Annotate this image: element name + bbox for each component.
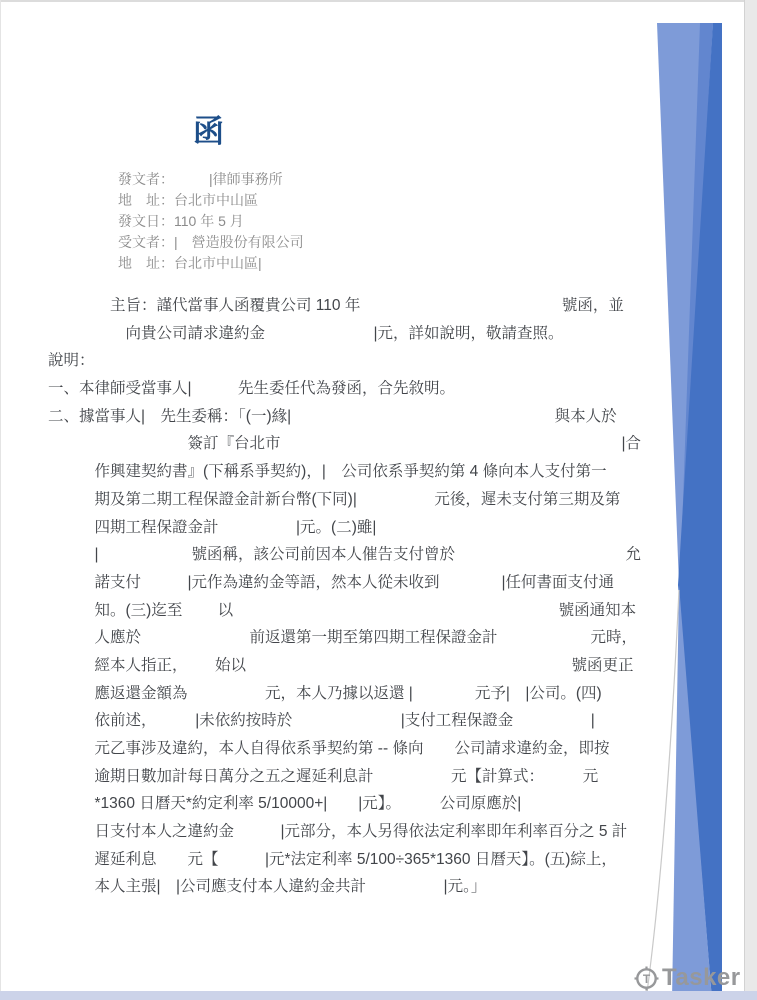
- text-line: 作興建契約書』(下稱系爭契約)，| 公司依系爭契約第 4 條向本人支付第一: [48, 458, 728, 486]
- text-line: *1360 日曆天*約定利率 5/10000+| |元】。 公司原應於|: [48, 790, 728, 818]
- text-line: 遲延利息 元【 |元*法定利率 5/100÷365*1360 日曆天】。(五)綜…: [48, 846, 728, 874]
- text-line: 簽訂『台北市 |合: [48, 430, 728, 458]
- text-line: 元乙事涉及違約，本人自得依系爭契約第 -- 條向 公司請求違約金，即按: [48, 735, 728, 763]
- letter-body: 主旨：謹代當事人函覆貴公司 110 年 號函，並 向貴公司請求違約金 |元，詳如…: [48, 292, 728, 901]
- text-line: 人應於 前返還第一期至第四期工程保證金計 元時，: [48, 624, 728, 652]
- text-line: 說明：: [48, 347, 728, 375]
- page-top-edge: [0, 0, 745, 2]
- text-line: 受文者：| 營造股份有限公司: [118, 232, 304, 253]
- tasker-logo-icon: T: [634, 966, 659, 991]
- text-line: | 號函稱，該公司前因本人催告支付曾於 允: [48, 541, 728, 569]
- text-line: 逾期日數加計每日萬分之五之遲延利息計 元【計算式： 元: [48, 763, 728, 791]
- svg-text:T: T: [643, 972, 651, 986]
- letter-meta-block: 發文者： |律師事務所地 址：台北市中山區發文日：110 年 5 月受文者：| …: [118, 169, 304, 274]
- text-line: 發文者： |律師事務所: [118, 169, 304, 190]
- text-line: 本人主張| |公司應支付本人違約金共計 |元。」: [48, 873, 728, 901]
- text-line: 知。(三)迄至 以 號函通知本: [48, 597, 728, 625]
- letter-title: 函: [193, 106, 225, 151]
- text-line: 發文日：110 年 5 月: [118, 211, 304, 232]
- right-gutter: [744, 0, 757, 1000]
- text-line: 諾支付 |元作為違約金等語，然本人從未收到 |任何書面支付通: [48, 569, 728, 597]
- text-line: 經本人指正， 始以 號函更正: [48, 652, 728, 680]
- text-line: 日支付本人之違約金 |元部分，本人另得依法定利率即年利率百分之 5 計: [48, 818, 728, 846]
- text-line: 地 址：台北市中山區: [118, 190, 304, 211]
- tasker-watermark: T Tasker: [634, 962, 741, 994]
- document-page: 函 發文者： |律師事務所地 址：台北市中山區發文日：110 年 5 月受文者：…: [0, 0, 757, 1000]
- text-line: 四期工程保證金計 |元。(二)雖|: [48, 514, 728, 542]
- text-line: 一、本律師受當事人| 先生委任代為發函，合先敘明。: [48, 375, 728, 403]
- text-line: 主旨：謹代當事人函覆貴公司 110 年 號函，並: [48, 292, 728, 320]
- text-line: 依前述， |未依約按時於 |支付工程保證金 |: [48, 707, 728, 735]
- tasker-watermark-text: Tasker: [662, 964, 741, 992]
- text-line: 二、據當事人| 先生委稱：「(一)緣| 與本人於: [48, 403, 728, 431]
- page-left-edge: [0, 0, 1, 992]
- text-line: 向貴公司請求違約金 |元，詳如說明，敬請查照。: [48, 320, 728, 348]
- text-line: 期及第二期工程保證金計新台幣(下同)| 元後，遲未支付第三期及第: [48, 486, 728, 514]
- text-line: 應返還金額為 元，本人乃據以返還 | 元予| |公司。(四): [48, 680, 728, 708]
- text-line: 地 址：台北市中山區|: [118, 253, 304, 274]
